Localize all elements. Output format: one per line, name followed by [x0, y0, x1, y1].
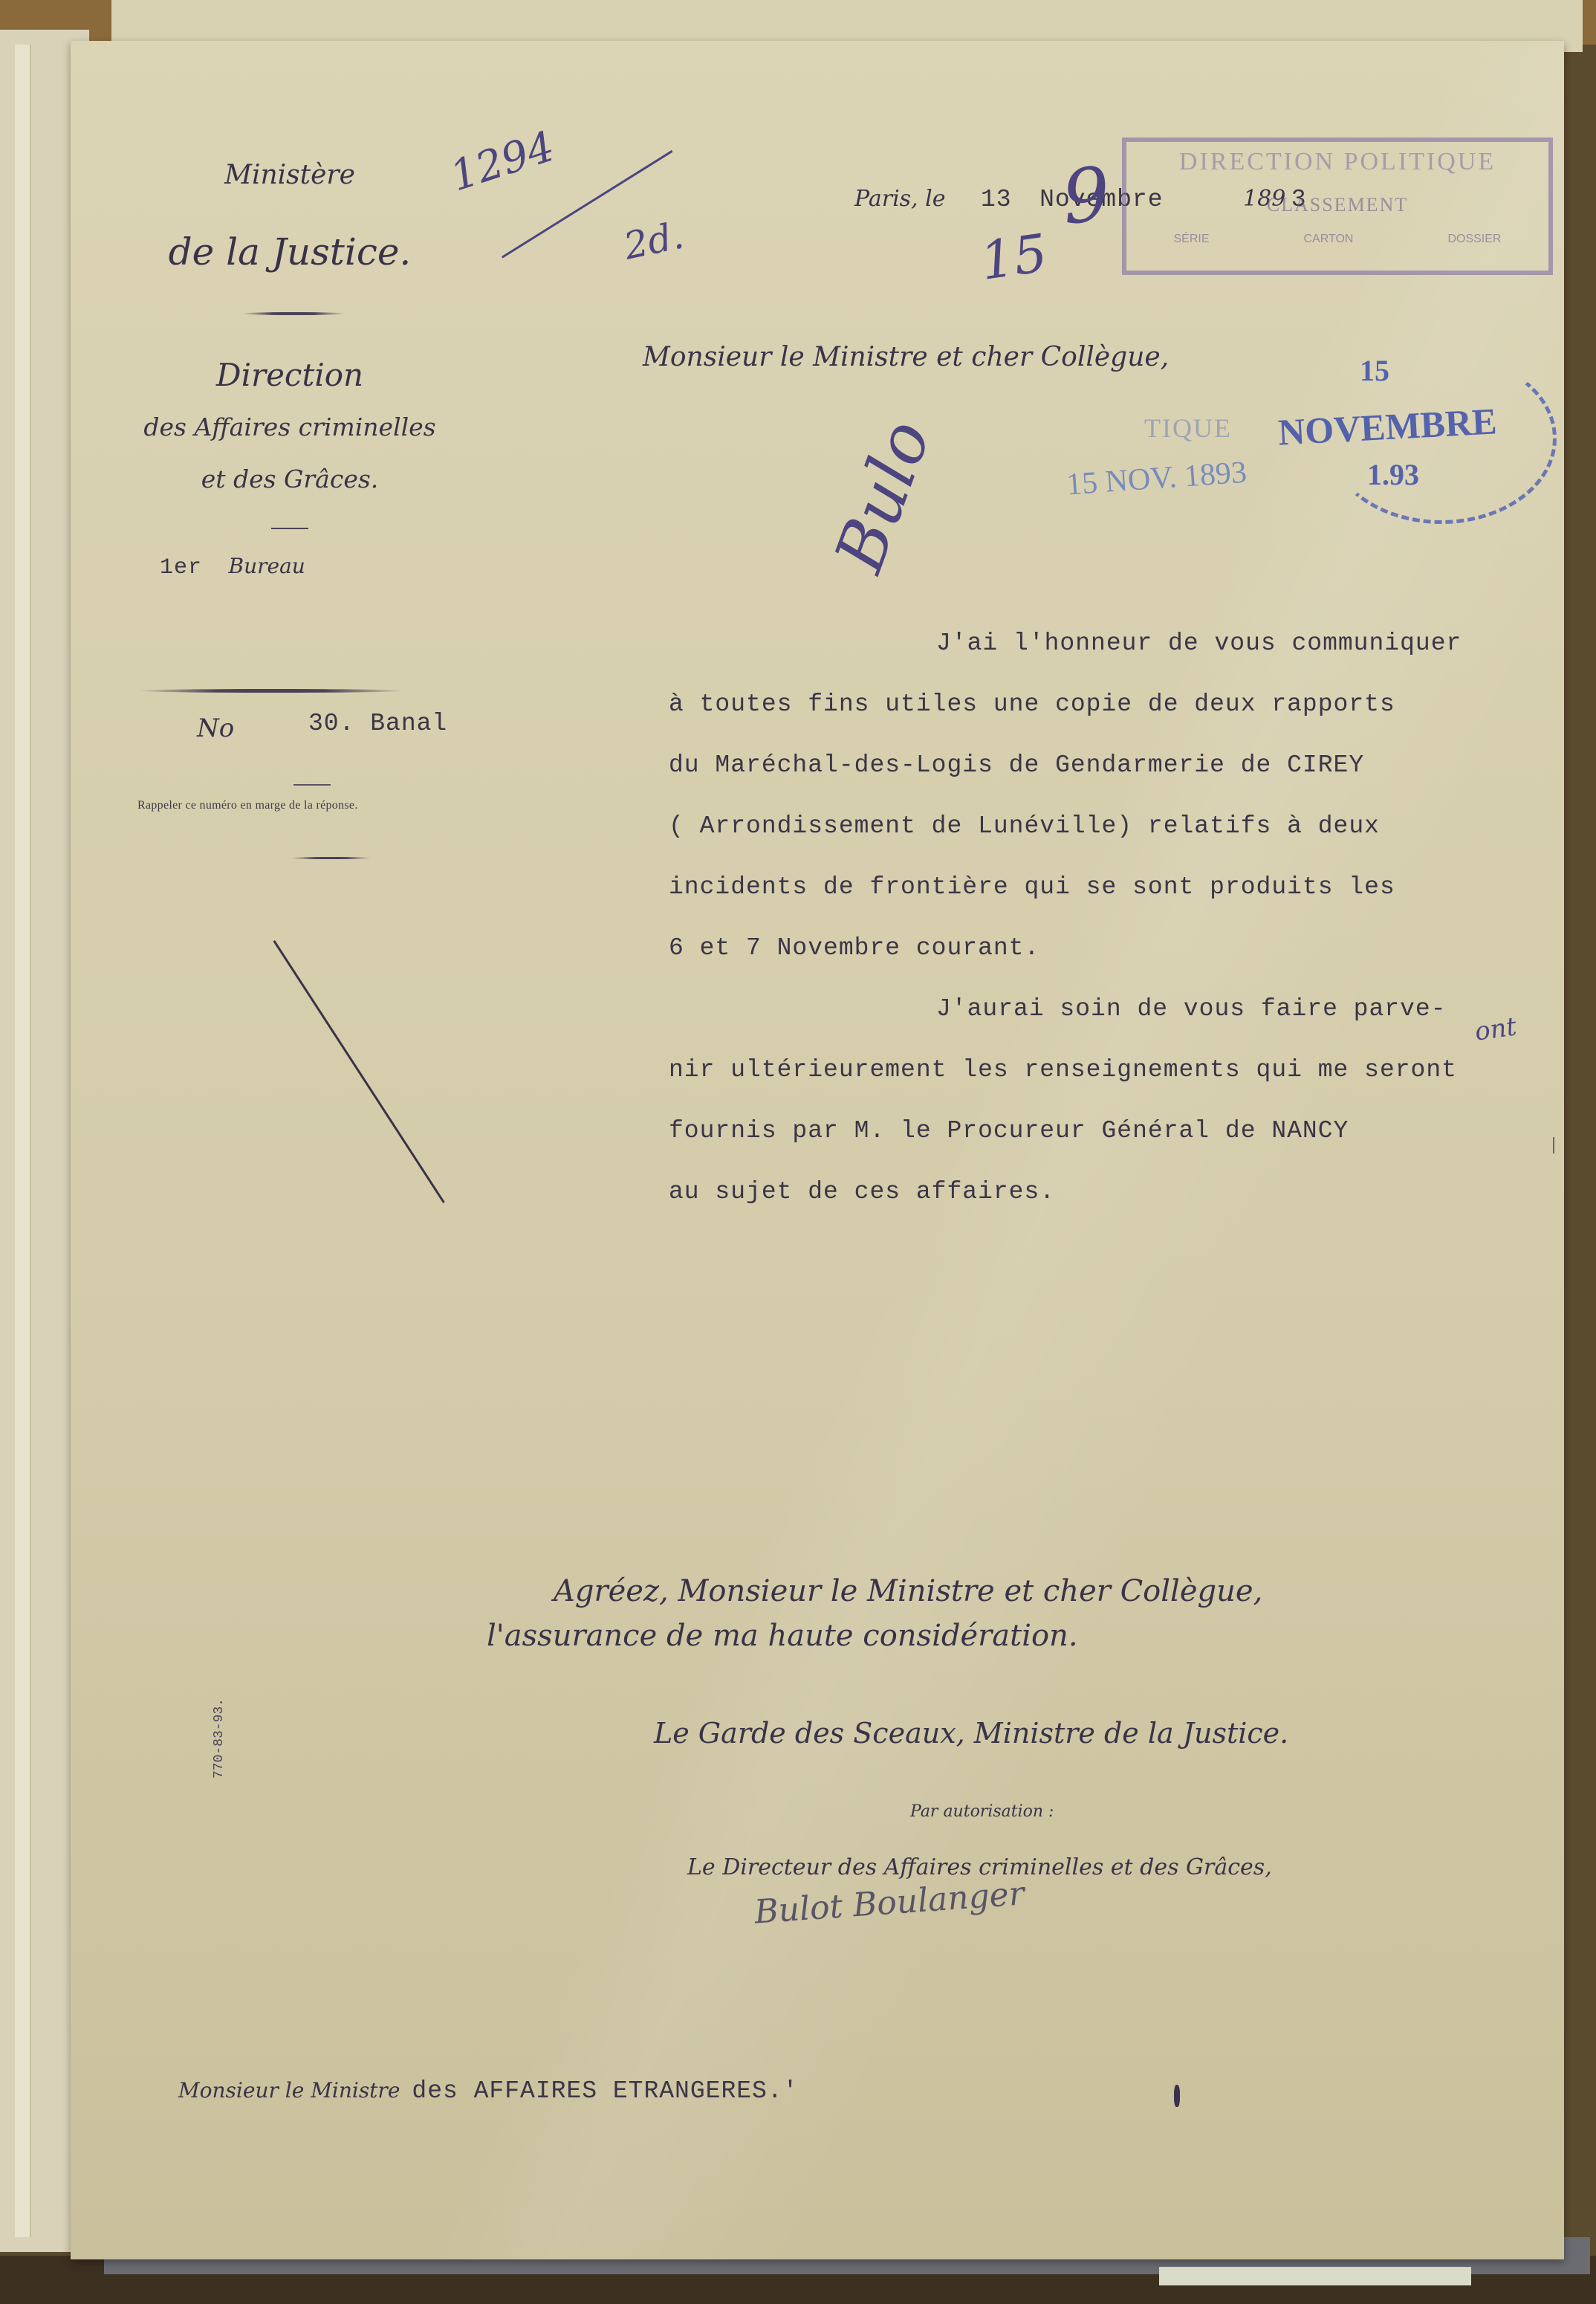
body-line: nir ultérieurement les renseignements qu…	[669, 1040, 1560, 1101]
short-divider	[271, 528, 308, 529]
body-line: au sujet de ces affaires.	[669, 1162, 1560, 1223]
closing-formula: Agréez, Monsieur le Ministre et cher Col…	[487, 1561, 1262, 1666]
number-label: No	[197, 713, 234, 743]
body-line: à toutes fins utiles une copie de deux r…	[669, 674, 1560, 735]
letterhead-direction-line3: et des Grâces.	[141, 465, 438, 494]
date-day: 13	[981, 186, 1012, 213]
letterhead-direction-line2: des Affaires criminelles	[141, 412, 438, 441]
addressee-prefix: Monsieur le Ministre	[178, 2078, 400, 2103]
addressee-typed: des AFFAIRES ETRANGERES.'	[412, 2077, 798, 2105]
letterhead-ministry: Ministère	[141, 160, 438, 190]
handwritten-correction: ont	[1473, 1012, 1518, 1046]
handwritten-15: 15	[977, 222, 1051, 292]
number-value: 30. Banal	[308, 710, 447, 737]
received-stamp-day: 15	[1360, 353, 1389, 388]
par-autorisation: Par autorisation :	[910, 1802, 1054, 1821]
body-paragraph-1: J'ai l'honneur de vous communiquer à tou…	[669, 613, 1560, 979]
body-line: J'aurai soin de vous faire parve-	[669, 979, 1560, 1040]
stamp-subtitle: CLASSEMENT	[1126, 194, 1548, 216]
bureau-line: 1er Bureau	[160, 554, 457, 580]
handwritten-sub: 2d.	[620, 213, 687, 268]
letterhead-justice: de la Justice.	[141, 230, 438, 274]
letterhead-direction: Direction	[141, 357, 438, 393]
ink-mark	[1174, 2085, 1180, 2107]
stamp-col-carton: CARTON	[1303, 233, 1353, 246]
margin-tick	[1553, 1137, 1554, 1153]
body-line: du Maréchal-des-Logis de Gendarmerie de …	[669, 735, 1560, 796]
bureau-label: Bureau	[229, 554, 305, 578]
letter-page: Ministère de la Justice. Direction des A…	[71, 41, 1564, 2259]
handwritten-initials: Bulo	[820, 410, 946, 582]
stamp-col-dossier: DOSSIER	[1447, 233, 1501, 246]
director-title: Le Directeur des Affaires criminelles et…	[687, 1854, 1272, 1880]
stamp-columns: SÉRIE CARTON DOSSIER	[1126, 233, 1548, 246]
addressee-line: Monsieur le Ministre des AFFAIRES ETRANG…	[178, 2077, 798, 2105]
date-prefix: Paris, le	[854, 186, 945, 212]
body-line: J'ai l'honneur de vous communiquer	[669, 613, 1560, 674]
faded-stamp-line: TIQUE	[1144, 412, 1232, 444]
stamp-title: DIRECTION POLITIQUE	[1126, 148, 1548, 176]
margin-strike-line	[273, 940, 444, 1203]
salutation: Monsieur le Ministre et cher Collègue,	[643, 342, 1169, 372]
ornament-divider-2	[137, 689, 405, 693]
bureau-number: 1er	[160, 555, 202, 580]
signature: Bulot Boulanger	[753, 1874, 1026, 1931]
body-line: incidents de frontière qui se sont produ…	[669, 857, 1560, 918]
ornament-divider	[241, 312, 346, 315]
body-paragraph-2: J'aurai soin de vous faire parve- nir ul…	[669, 979, 1560, 1223]
signatory-title: Le Garde des Sceaux, Ministre de la Just…	[654, 1717, 1288, 1750]
received-stamp-year: 1.93	[1367, 457, 1419, 492]
underlying-sheet-bottom-light	[1159, 2267, 1471, 2285]
stamp-col-serie: SÉRIE	[1173, 233, 1209, 246]
classement-stamp: DIRECTION POLITIQUE CLASSEMENT SÉRIE CAR…	[1122, 137, 1553, 275]
ornament-divider-3	[290, 857, 372, 859]
body-line: ( Arrondissement de Lunéville) relatifs …	[669, 796, 1560, 857]
body-line: 6 et 7 Novembre courant.	[669, 918, 1560, 979]
handwritten-reference-number: 1294	[444, 123, 560, 201]
handwritten-9: 9	[1059, 150, 1114, 241]
short-divider-2	[293, 784, 331, 786]
faded-stamp-date: 15 NOV. 1893	[1065, 455, 1248, 503]
print-reference: 770-83-93.	[212, 1698, 227, 1779]
reminder-note: Rappeler ce numéro en marge de la répons…	[137, 799, 358, 812]
body-line: fournis par M. le Procureur Général de N…	[669, 1101, 1560, 1162]
underlying-sheet-edge	[15, 45, 31, 2237]
